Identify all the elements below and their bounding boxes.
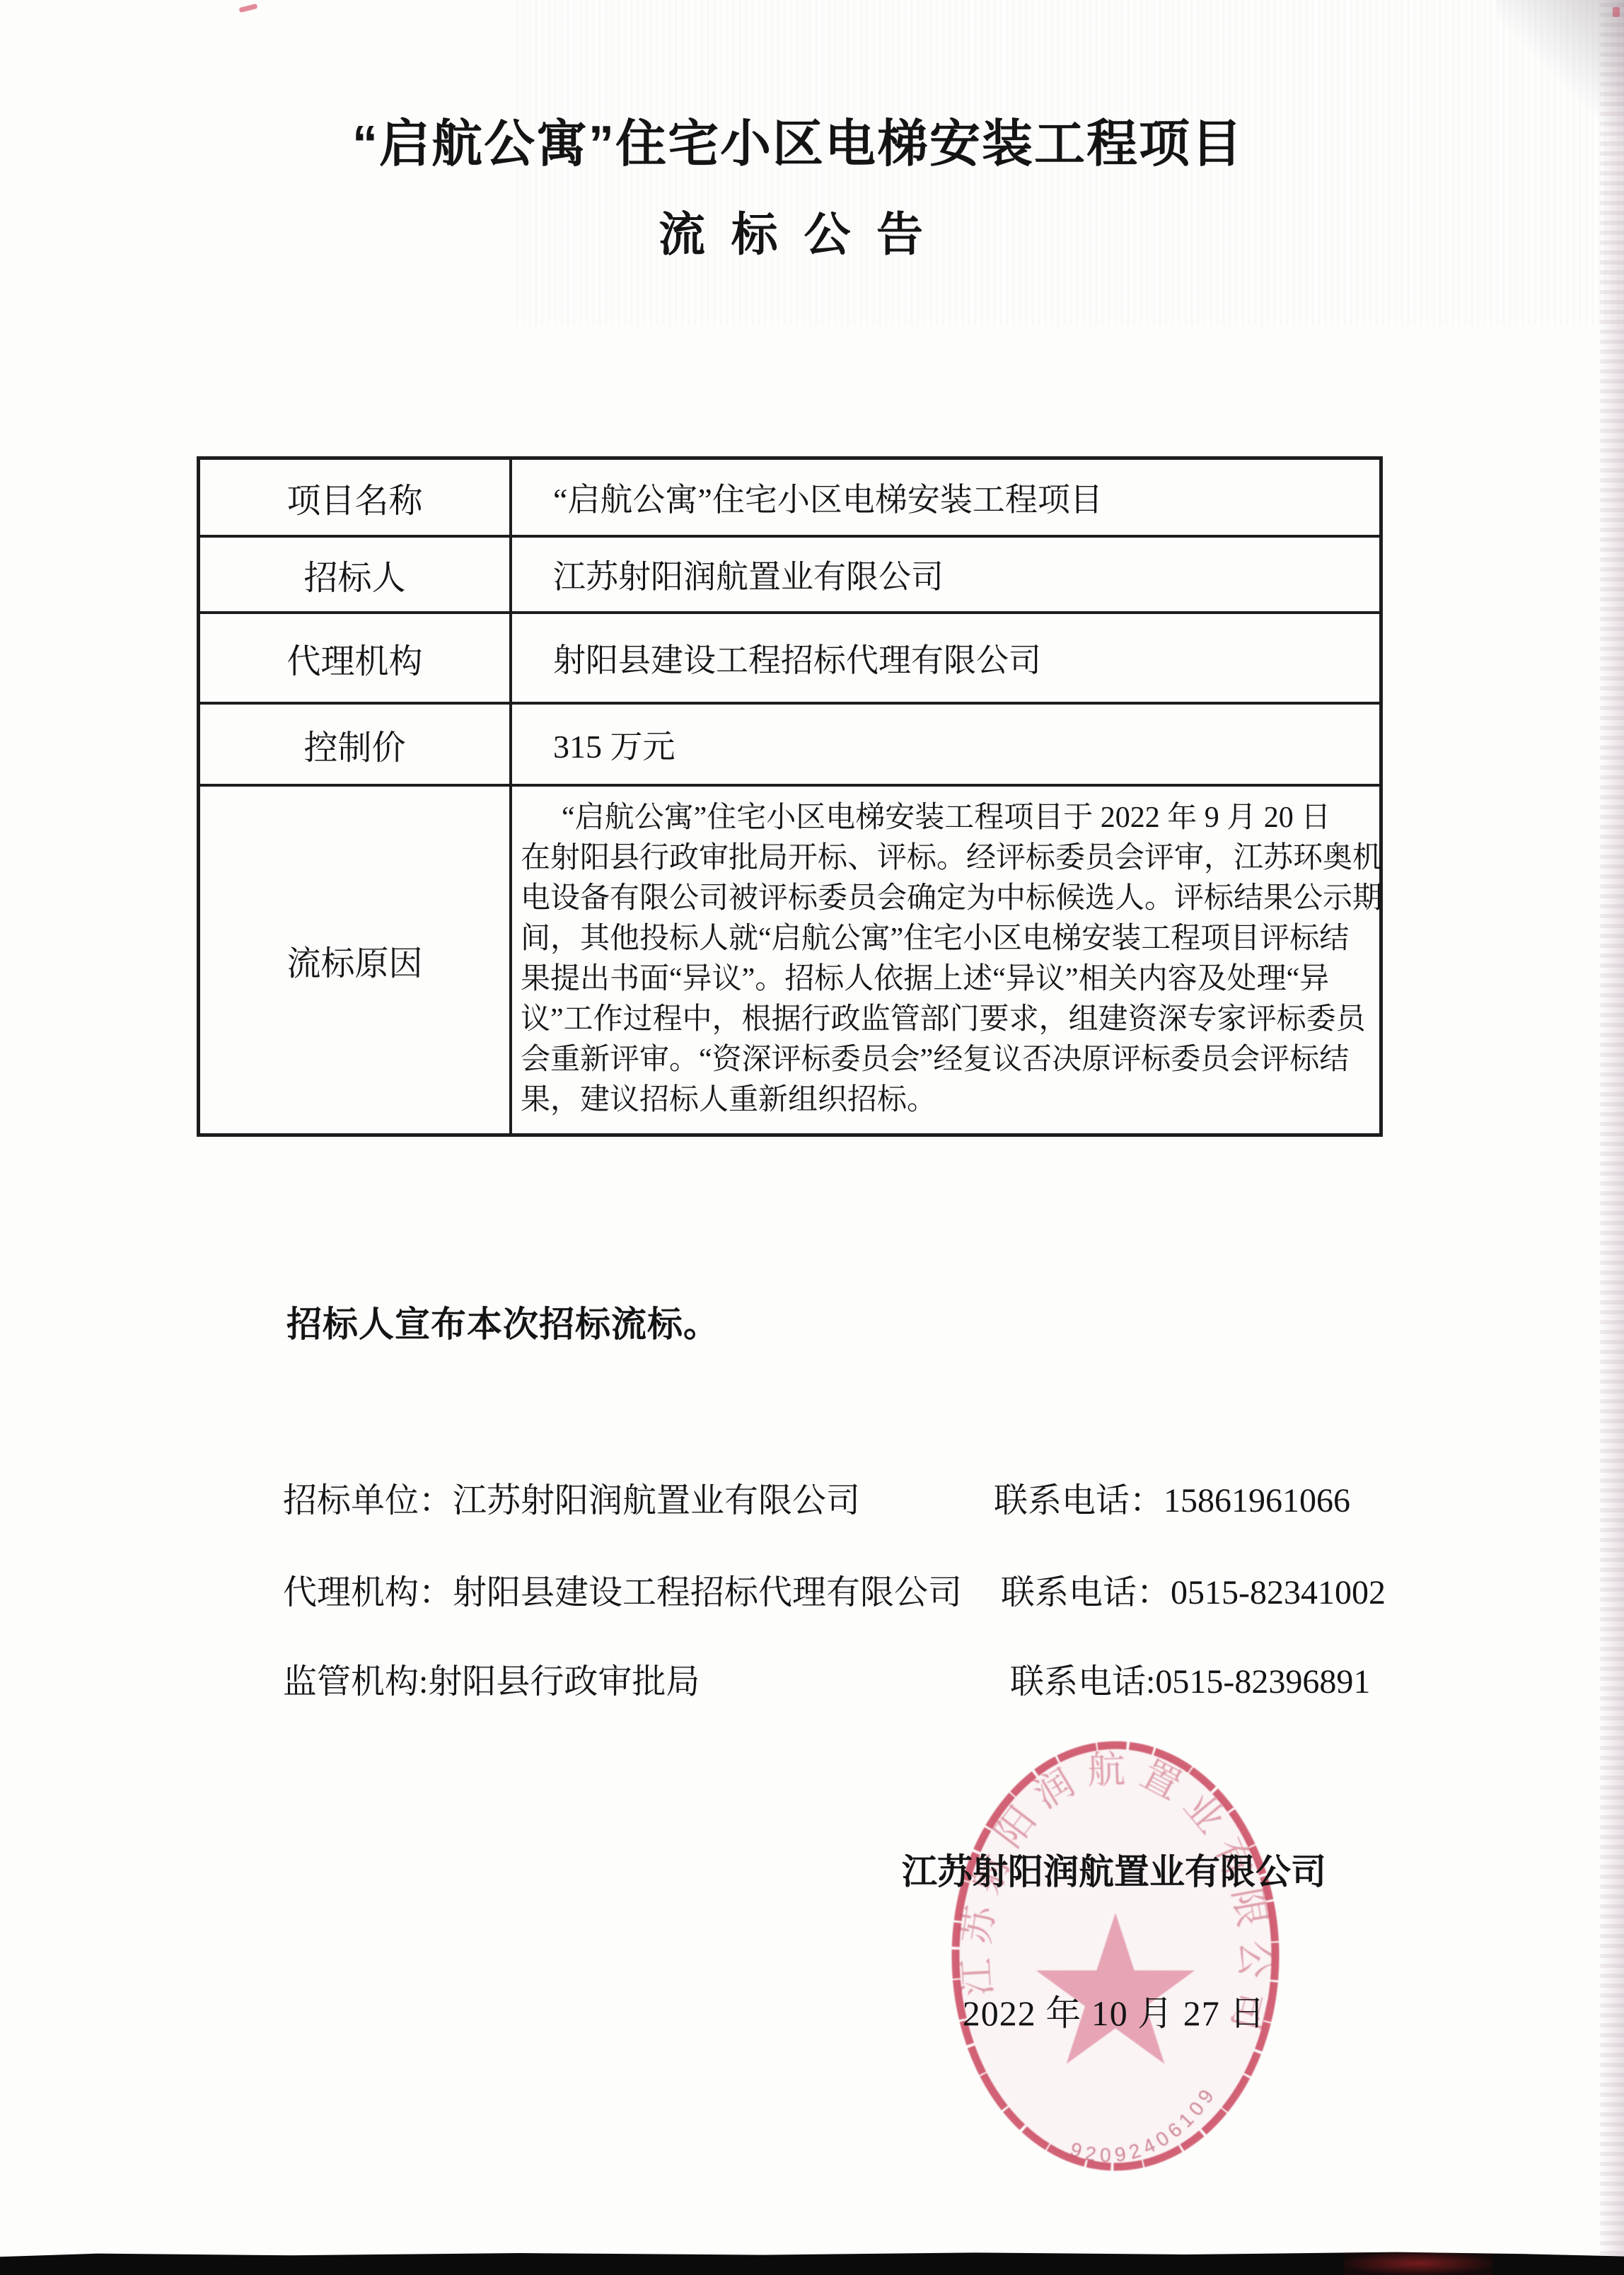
declaration-text: 招标人宣布本次招标流标。 xyxy=(286,1296,719,1347)
contact-row-agency: 代理机构：射阳县建设工程招标代理有限公司 联系电话：0515-82341002 xyxy=(283,1565,1400,1607)
signature-company: 江苏射阳润航置业有限公司 xyxy=(820,1843,1408,1894)
table-row-failure-reason: 流标原因 “启航公寓”住宅小区电梯安装工程项目于 2022 年 9 月 20 日… xyxy=(200,784,1379,1133)
row-value: 江苏射阳润航置业有限公司 xyxy=(512,538,1379,611)
reason-line: 果，建议招标人重新组织招标。 xyxy=(521,1080,1382,1121)
table-row-project-name: 项目名称 “启航公寓”住宅小区电梯安装工程项目 xyxy=(200,460,1379,535)
reason-line: 果提出书面“异议”。招标人依据上述“异议”相关内容及处理“异 xyxy=(521,959,1382,1000)
contact-label: 招标单位：江苏射阳润航置业有限公司 xyxy=(283,1482,860,1519)
reason-line: 议”工作过程中，根据行政监管部门要求，组建资深专家评标委员 xyxy=(521,1000,1382,1040)
page-subtitle: 流 标 公 告 xyxy=(0,207,1582,262)
scan-red-mark-top-left xyxy=(239,4,258,13)
reason-line: 间，其他投标人就“启航公寓”住宅小区电梯安装工程项目评标结 xyxy=(521,919,1382,959)
table-row-tenderer: 招标人 江苏射阳润航置业有限公司 xyxy=(200,535,1379,611)
row-label: 控制价 xyxy=(200,705,512,784)
contact-row-tender-unit: 招标单位：江苏射阳润航置业有限公司 联系电话：15861961066 xyxy=(283,1473,1400,1515)
table-row-control-price: 控制价 315 万元 xyxy=(200,702,1379,784)
contact-phone: 联系电话:0515-82396891 xyxy=(1010,1654,1370,1703)
row-label: 流标原因 xyxy=(200,787,512,1133)
failure-reason-paragraph: “启航公寓”住宅小区电梯安装工程项目于 2022 年 9 月 20 日 在射阳县… xyxy=(512,787,1391,1133)
row-label: 招标人 xyxy=(200,538,512,611)
row-value: “启航公寓”住宅小区电梯安装工程项目 xyxy=(512,460,1379,535)
table-row-agency: 代理机构 射阳县建设工程招标代理有限公司 xyxy=(200,611,1379,702)
scan-bottom-maroon-patch xyxy=(1344,2252,1492,2275)
reason-line: 会重新评审。“资深评标委员会”经复议否决原评标委员会评标结 xyxy=(521,1040,1382,1080)
row-value: 射阳县建设工程招标代理有限公司 xyxy=(512,614,1379,702)
contact-label: 监管机构:射阳县行政审批局 xyxy=(283,1663,700,1701)
scanned-document-page: “启航公寓”住宅小区电梯安装工程项目 流 标 公 告 项目名称 “启航公寓”住宅… xyxy=(0,0,1624,2275)
contact-label: 代理机构：射阳县建设工程招标代理有限公司 xyxy=(283,1574,962,1611)
company-seal-stamp: 江苏射阳润航置业有限公司 92092406109 xyxy=(942,1733,1289,2186)
reason-line: “启航公寓”住宅小区电梯安装工程项目于 2022 年 9 月 20 日 xyxy=(521,798,1382,838)
scan-red-mark-top-right xyxy=(1613,7,1620,17)
contact-phone: 联系电话：0515-82341002 xyxy=(1001,1565,1386,1614)
row-value: 315 万元 xyxy=(512,705,1379,784)
row-label: 代理机构 xyxy=(200,614,512,702)
contact-row-supervisor: 监管机构:射阳县行政审批局 联系电话:0515-82396891 xyxy=(283,1654,1400,1696)
scan-bottom-black-bar xyxy=(0,2252,1624,2275)
project-info-table: 项目名称 “启航公寓”住宅小区电梯安装工程项目 招标人 江苏射阳润航置业有限公司… xyxy=(197,456,1383,1137)
contact-phone: 联系电话：15861961066 xyxy=(994,1473,1350,1522)
reason-line: 电设备有限公司被评标委员会确定为中标候选人。评标结果公示期 xyxy=(521,879,1382,919)
page-title: “启航公寓”住宅小区电梯安装工程项目 xyxy=(0,115,1596,174)
row-label: 项目名称 xyxy=(200,460,512,535)
reason-line: 在射阳县行政审批局开标、评标。经评标委员会评审，江苏环奥机 xyxy=(521,838,1382,879)
signature-date: 2022 年 10 月 27 日 xyxy=(820,1985,1408,2036)
scan-edge-right xyxy=(1600,0,1624,2275)
